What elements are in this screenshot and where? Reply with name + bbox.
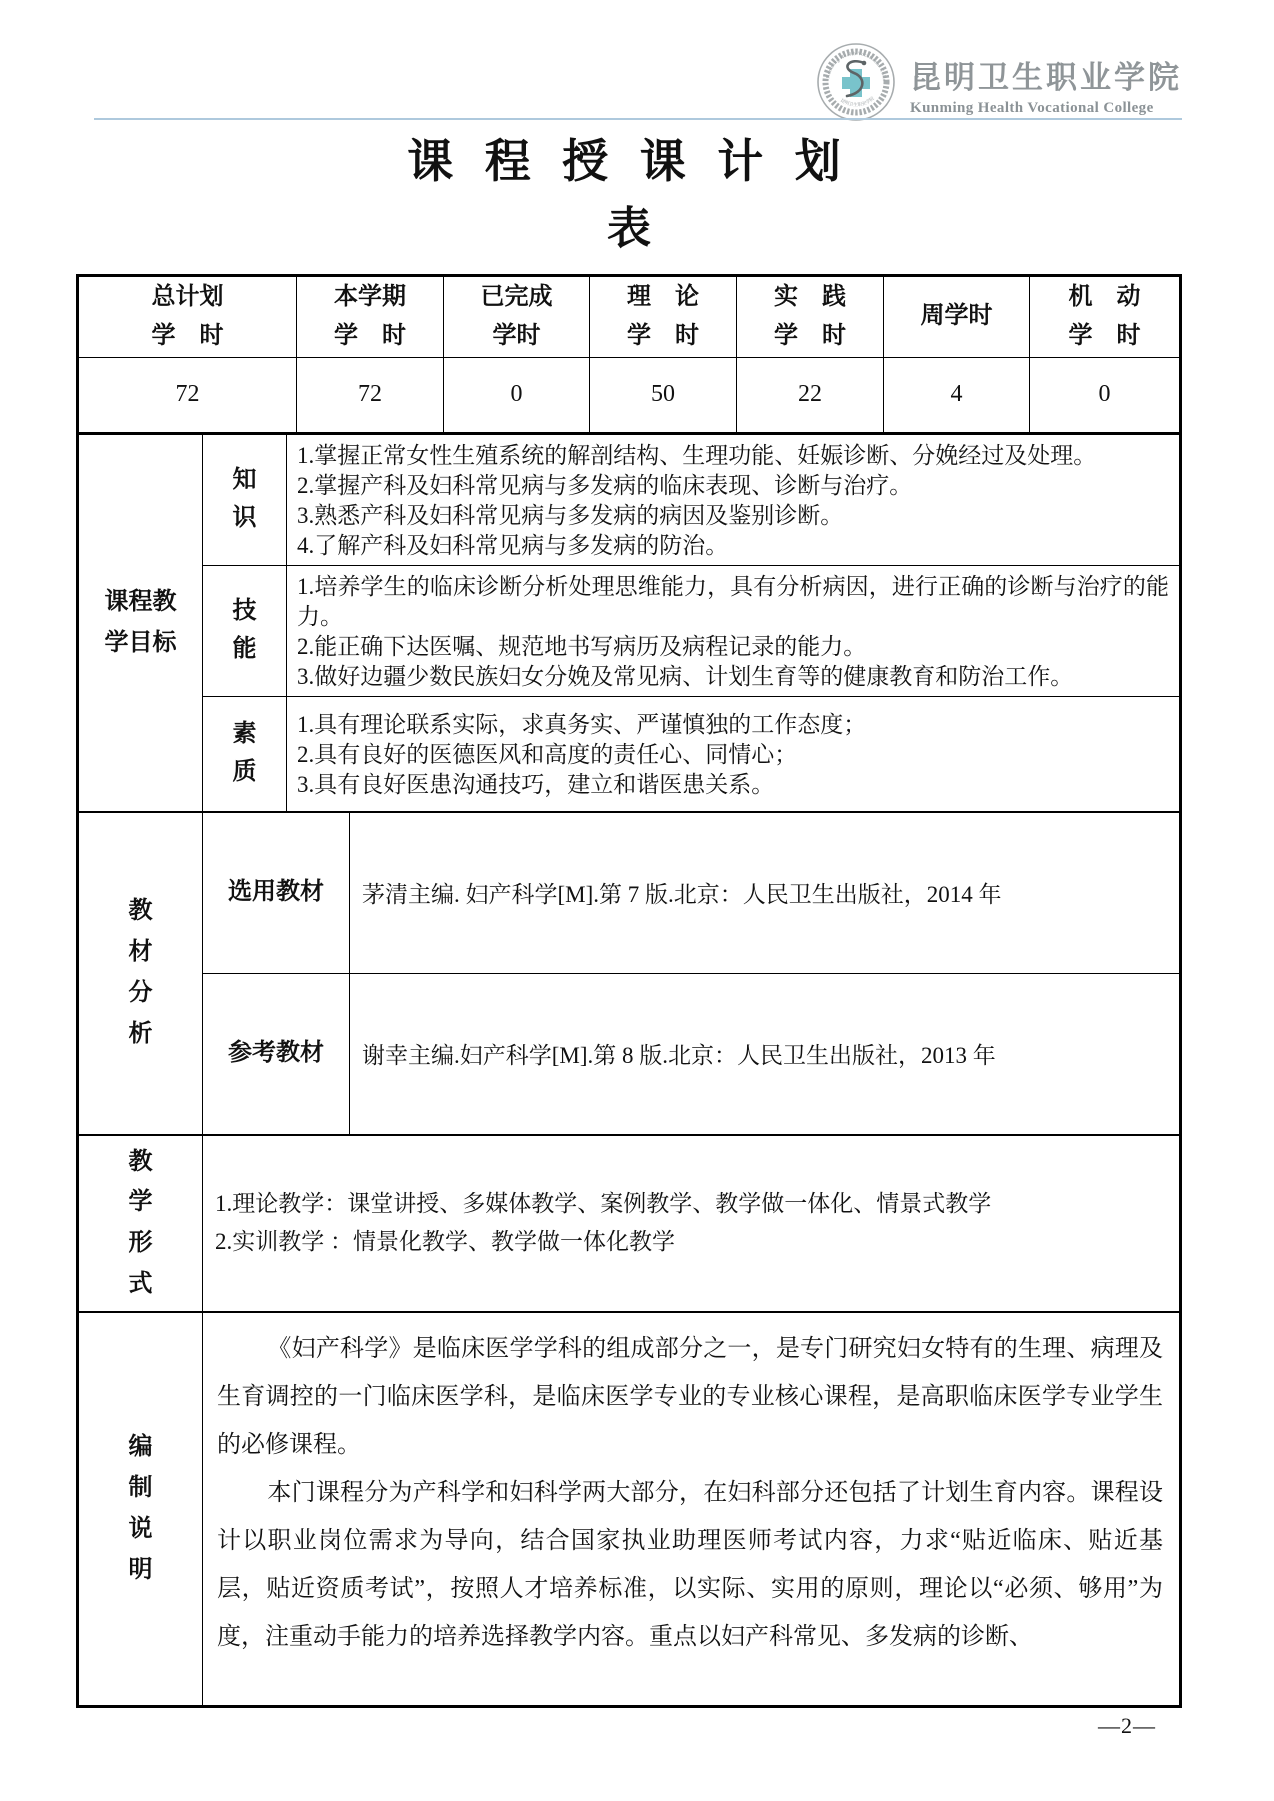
college-name-zh: 昆明卫生职业学院 — [910, 52, 1182, 97]
notes-section: 编 制 说 明 《妇产科学》是临床医学学科的组成部分之一，是专门研究妇女特有的生… — [79, 1311, 1179, 1705]
college-seal-logo: Kunming Health Vocational College 昆明卫生职业… — [816, 42, 896, 127]
teaching-form-section-label: 教 学 形 式 — [79, 1136, 203, 1311]
objective-row-skills: 技 能 1.培养学生的临床诊断分析处理思维能力，具有分析病因，进行正确的诊断与治… — [203, 566, 1179, 697]
objectives-section: 课程教 学目标 知 识 1.掌握正常女性生殖系统的解剖结构、生理功能、妊娠诊断、… — [79, 433, 1179, 811]
selected-textbook-row: 选用教材 茅清主编. 妇产科学[M].第 7 版.北京：人民卫生出版社，2014… — [203, 813, 1179, 974]
hours-header-weekly: 周学时 — [884, 277, 1030, 358]
objective-label-skills: 技 能 — [203, 566, 287, 696]
reference-textbook-row: 参考教材 谢幸主编.妇产科学[M].第 8 版.北京：人民卫生出版社，2013 … — [203, 974, 1179, 1134]
page-number: —2— — [1098, 1713, 1156, 1739]
document-page: 课 程 授 课 计 划 表 总计划 学 时 本学期 学 时 已完成 学时 理 论… — [0, 0, 1274, 1739]
hours-header-practice: 实 践 学 时 — [737, 277, 884, 358]
hours-header-completed: 已完成 学时 — [444, 277, 590, 358]
objectives-section-label: 课程教 学目标 — [79, 435, 203, 811]
hours-grid: 总计划 学 时 本学期 学 时 已完成 学时 理 论 学 时 实 践 学 时 周… — [79, 277, 1179, 433]
notes-paragraph-1: 《妇产科学》是临床医学学科的组成部分之一，是专门研究妇女特有的生理、病理及生育调… — [217, 1325, 1163, 1469]
hours-value-completed: 0 — [444, 358, 590, 433]
header-divider — [94, 118, 1182, 120]
page-title: 课 程 授 课 计 划 — [76, 134, 1182, 189]
objective-label-knowledge: 知 识 — [203, 435, 287, 565]
page-title-sub: 表 — [76, 205, 1182, 253]
hours-value-this-semester: 72 — [297, 358, 444, 433]
hours-header-this-semester: 本学期 学 时 — [297, 277, 444, 358]
hours-value-weekly: 4 — [884, 358, 1030, 433]
hours-value-theory: 50 — [590, 358, 737, 433]
materials-section: 教 材 分 析 选用教材 茅清主编. 妇产科学[M].第 7 版.北京：人民卫生… — [79, 811, 1179, 1134]
hours-value-flexible: 0 — [1030, 358, 1179, 433]
reference-textbook-label: 参考教材 — [203, 974, 350, 1134]
teaching-form-text: 1.理论教学：课堂讲授、多媒体教学、案例教学、教学做一体化、情景式教学 2.实训… — [203, 1136, 1179, 1311]
hours-header-theory: 理 论 学 时 — [590, 277, 737, 358]
notes-section-label: 编 制 说 明 — [79, 1313, 203, 1705]
materials-section-label: 教 材 分 析 — [79, 813, 203, 1134]
objective-text-skills: 1.培养学生的临床诊断分析处理思维能力，具有分析病因，进行正确的诊断与治疗的能力… — [287, 566, 1179, 696]
hours-header-total-planned: 总计划 学 时 — [79, 277, 297, 358]
notes-paragraph-2: 本门课程分为产科学和妇科学两大部分，在妇科部分还包括了计划生育内容。课程设计以职… — [217, 1469, 1163, 1661]
selected-textbook-label: 选用教材 — [203, 813, 350, 973]
objective-row-qualities: 素 质 1.具有理论联系实际，求真务实、严谨慎独的工作态度； 2.具有良好的医德… — [203, 697, 1179, 811]
course-plan-table: 总计划 学 时 本学期 学 时 已完成 学时 理 论 学 时 实 践 学 时 周… — [76, 274, 1182, 1708]
hours-value-practice: 22 — [737, 358, 884, 433]
notes-text: 《妇产科学》是临床医学学科的组成部分之一，是专门研究妇女特有的生理、病理及生育调… — [203, 1313, 1179, 1705]
teaching-form-section: 教 学 形 式 1.理论教学：课堂讲授、多媒体教学、案例教学、教学做一体化、情景… — [79, 1134, 1179, 1311]
objective-label-qualities: 素 质 — [203, 697, 287, 811]
hours-header-flexible: 机 动 学 时 — [1030, 277, 1179, 358]
objective-text-knowledge: 1.掌握正常女性生殖系统的解剖结构、生理功能、妊娠诊断、分娩经过及处理。 2.掌… — [287, 435, 1179, 565]
hours-value-total-planned: 72 — [79, 358, 297, 433]
college-brand: Kunming Health Vocational College 昆明卫生职业… — [816, 42, 1182, 127]
college-name-en: Kunming Health Vocational College — [910, 100, 1154, 117]
selected-textbook-value: 茅清主编. 妇产科学[M].第 7 版.北京：人民卫生出版社，2014 年 — [350, 813, 1179, 973]
objective-text-qualities: 1.具有理论联系实际，求真务实、严谨慎独的工作态度； 2.具有良好的医德医风和高… — [287, 697, 1179, 811]
objective-row-knowledge: 知 识 1.掌握正常女性生殖系统的解剖结构、生理功能、妊娠诊断、分娩经过及处理。… — [203, 435, 1179, 566]
reference-textbook-value: 谢幸主编.妇产科学[M].第 8 版.北京：人民卫生出版社，2013 年 — [350, 974, 1179, 1134]
